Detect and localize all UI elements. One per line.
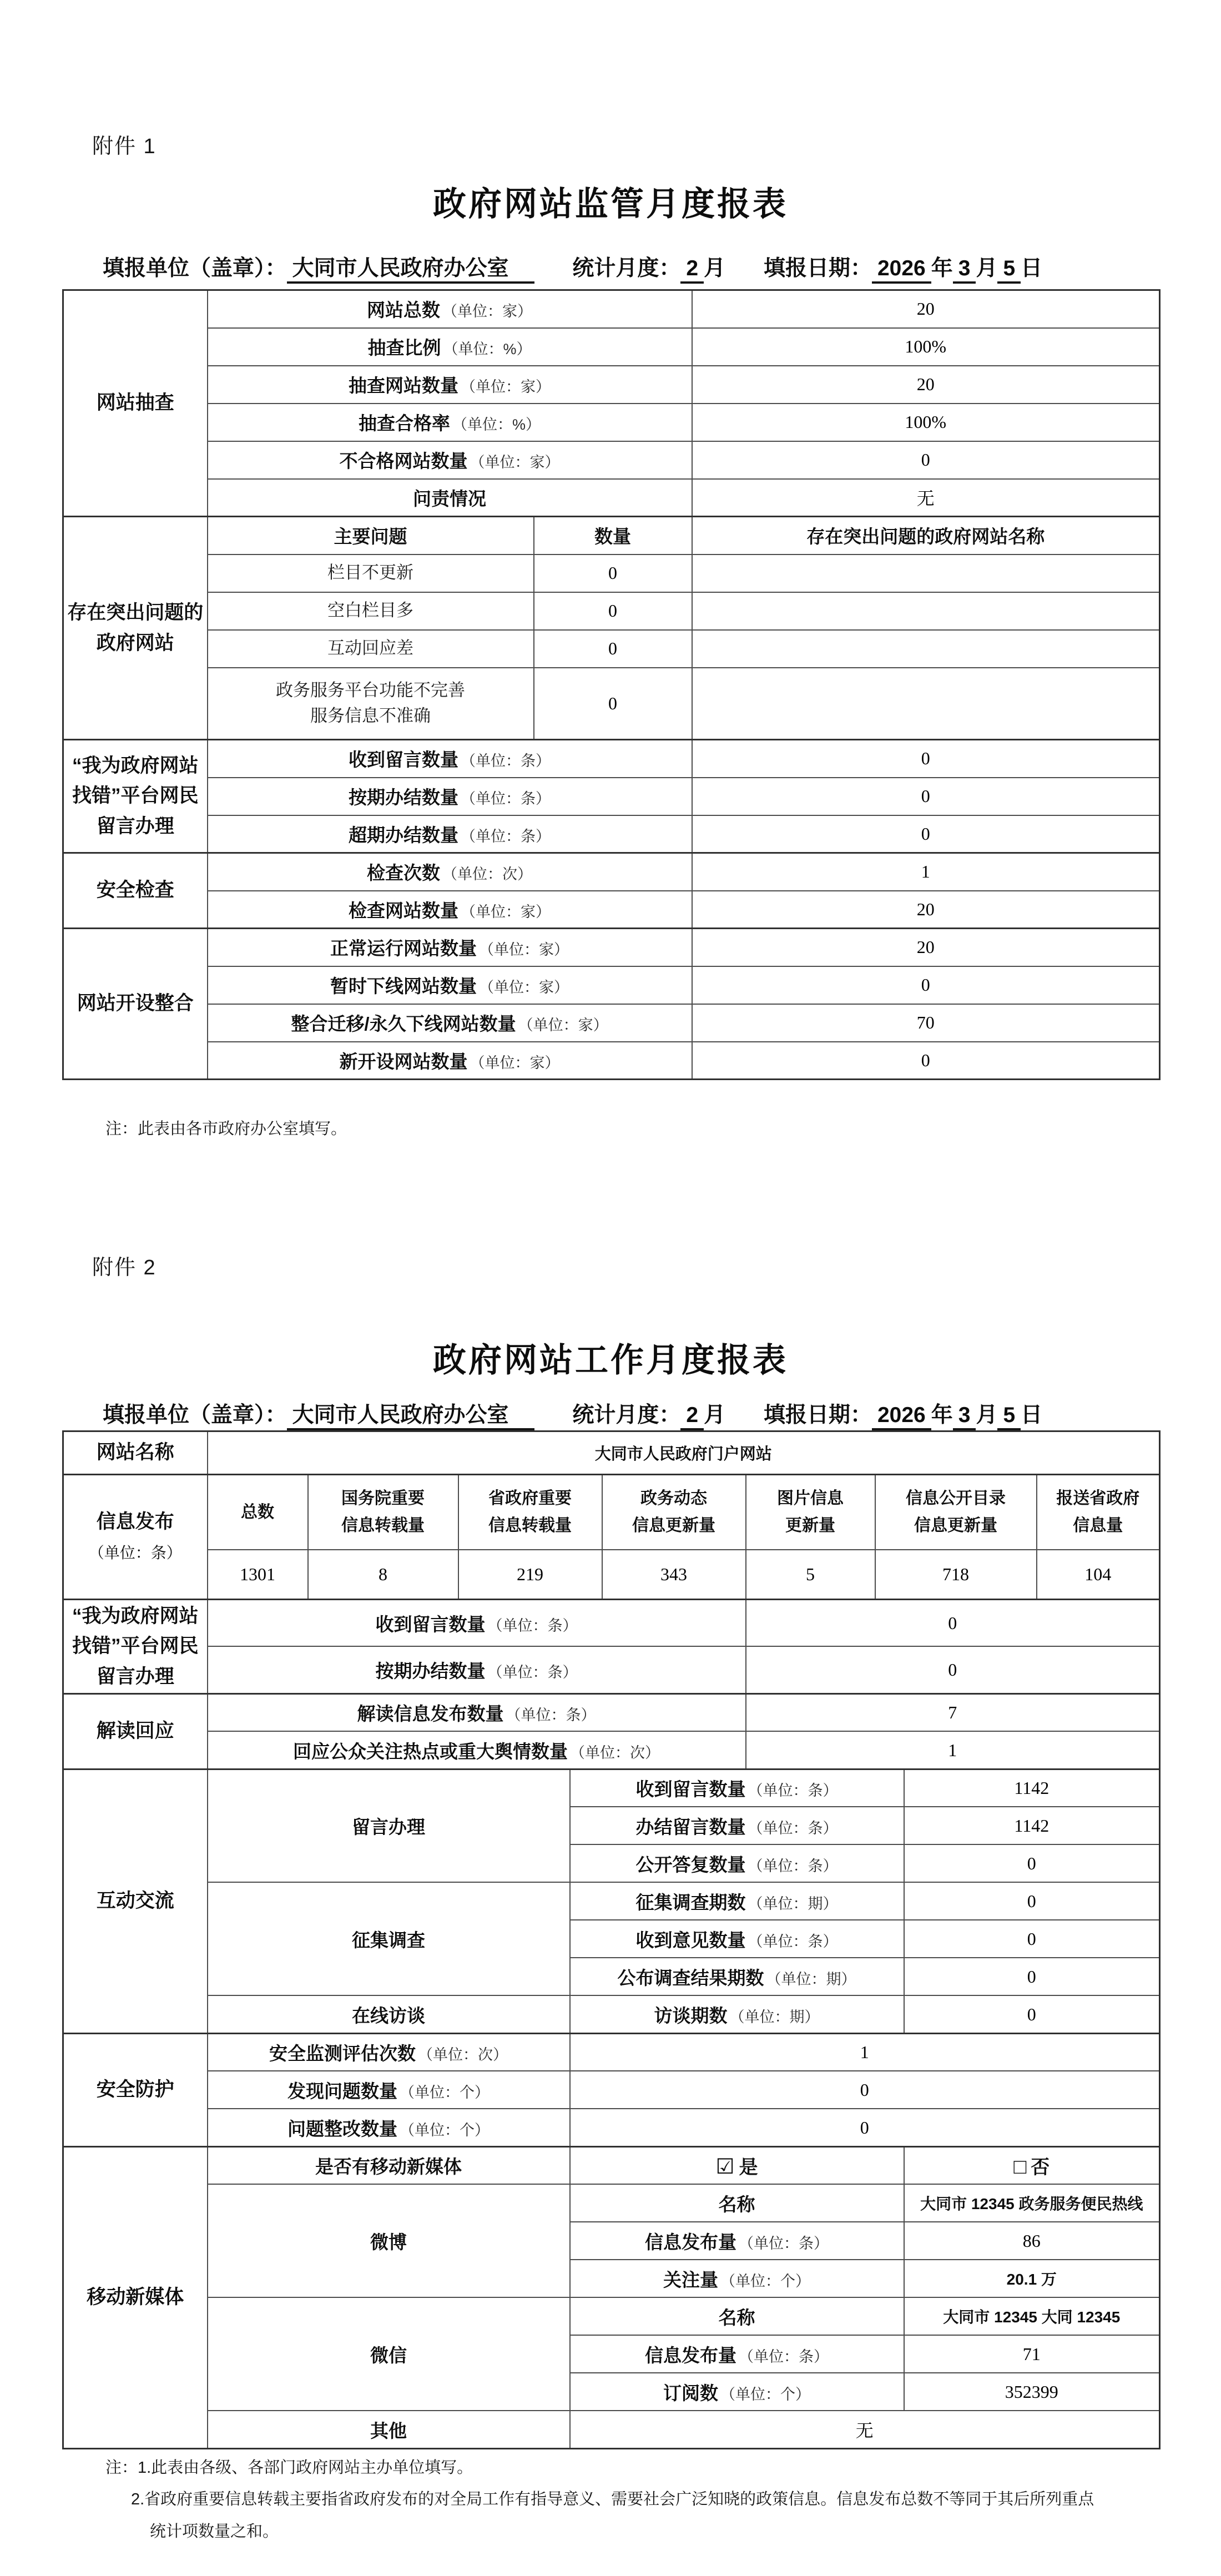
metric-label: 正常运行网站数量 <box>330 938 477 959</box>
has-mobile-media-label: 是否有移动新媒体 <box>208 2146 570 2184</box>
info-col-header: 省政府重要信息转载量 <box>458 1475 602 1550</box>
metric-unit: （单位：次） <box>570 1745 660 1761</box>
month-word: 月 <box>704 1403 725 1427</box>
col-header-problem: 主要问题 <box>208 517 534 554</box>
report-date-year: 2026 <box>872 256 931 284</box>
metric-value: 0 <box>692 441 1160 479</box>
stat-month-label: 统计月度： <box>572 1403 680 1427</box>
col-header-count: 数量 <box>534 517 692 554</box>
info-value-total: 1301 <box>208 1550 308 1600</box>
problem-site-name <box>692 668 1160 740</box>
category-site-name: 网站名称 <box>63 1431 208 1475</box>
metric-cell: 安全监测评估次数（单位：次） <box>208 2033 570 2071</box>
table-row: 1301 8 219 343 5 718 104 <box>63 1550 1160 1600</box>
metric-value: 1 <box>692 853 1160 891</box>
table-row: 问题整改数量（单位：个） 0 <box>63 2109 1160 2146</box>
unit-label: 填报单位（盖章）： <box>103 256 287 280</box>
metric-cell: 名称 <box>570 2297 904 2335</box>
metric-cell: 征集调查期数（单位：期） <box>570 1882 904 1920</box>
info-col-header: 政务动态信息更新量 <box>602 1475 746 1550</box>
no-label: 否 <box>1031 2157 1050 2178</box>
yes-label: 是 <box>739 2157 758 2178</box>
problem-line1: 政务服务平台功能不完善 <box>276 680 465 700</box>
report-date-month: 3 <box>953 1403 976 1430</box>
table-row: 检查网站数量（单位：家） 20 <box>63 891 1160 929</box>
metric-cell: 信息发布量（单位：条） <box>570 2335 904 2373</box>
metric-value: 20 <box>692 891 1160 929</box>
metric-cell: 问题整改数量（单位：个） <box>208 2109 570 2146</box>
metric-value: 1 <box>570 2033 1160 2071</box>
metric-label: 整合迁移/永久下线网站数量 <box>291 1014 516 1034</box>
metric-unit: （单位：条） <box>488 1664 578 1681</box>
table-row: 抽查合格率（单位：%） 100% <box>63 404 1160 441</box>
metric-label: 检查网站数量 <box>349 900 458 921</box>
note-line: 2.省政府重要信息转载主要指省政府发布的对全局工作有指导意义、需要社会广泛知晓的… <box>105 2484 1171 2515</box>
metric-label: 解读信息发布数量 <box>357 1703 504 1724</box>
checkbox-no: □否 <box>904 2146 1160 2184</box>
metric-unit: （单位：家） <box>479 941 569 958</box>
metric-cell: 公布调查结果期数（单位：期） <box>570 1958 904 1995</box>
report1-title: 政府网站监管月度报表 <box>0 178 1221 225</box>
metric-value: 0 <box>746 1600 1160 1647</box>
metric-unit: （单位：个） <box>400 2084 490 2101</box>
table1-note: 注：此表由各市政府办公室填写。 <box>105 1113 347 1145</box>
metric-cell: 关注量（单位：个） <box>570 2260 904 2297</box>
metric-cell: 订阅数（单位：个） <box>570 2373 904 2411</box>
table-row: 信息发布（单位：条） 总数 国务院重要信息转载量 省政府重要信息转载量 政务动态… <box>63 1475 1160 1550</box>
problem-label: 栏目不更新 <box>208 554 534 592</box>
metric-label: 暂时下线网站数量 <box>330 976 477 996</box>
metric-cell: 回应公众关注热点或重大舆情数量（单位：次） <box>208 1731 746 1769</box>
metric-unit: （单位：条） <box>739 2348 829 2365</box>
metric-unit: （单位：条） <box>748 1858 838 1874</box>
metric-label: 名称 <box>719 2307 755 2328</box>
problem-site-name <box>692 630 1160 668</box>
metric-cell: 超期办结数量（单位：条） <box>208 815 692 853</box>
day-word: 日 <box>1021 256 1042 280</box>
metric-value: 0 <box>570 2109 1160 2146</box>
month-word: 月 <box>704 256 725 280</box>
metric-label: 回应公众关注热点或重大舆情数量 <box>293 1741 568 1762</box>
category-error-platform: “我为政府网站找错”平台网民留言办理 <box>63 1600 208 1694</box>
metric-label: 发现问题数量 <box>287 2081 397 2101</box>
metric-unit: （单位：次） <box>442 866 532 883</box>
report-page: 附件 1 政府网站监管月度报表 填报单位（盖章）：大同市人民政府办公室 统计月度… <box>0 0 1221 2576</box>
report2-title: 政府网站工作月度报表 <box>0 1334 1221 1382</box>
metric-label: 收到意见数量 <box>636 1930 746 1950</box>
problem-count: 0 <box>534 592 692 630</box>
problem-site-name <box>692 592 1160 630</box>
wechat-account-name: 大同市 12345 大同 12345 <box>904 2297 1160 2335</box>
table-row: 存在突出问题的政府网站 主要问题 数量 存在突出问题的政府网站名称 <box>63 517 1160 554</box>
month-word: 月 <box>976 256 997 280</box>
table-row: 不合格网站数量（单位：家） 0 <box>63 441 1160 479</box>
table-row: 网站名称 大同市人民政府门户网站 <box>63 1431 1160 1475</box>
problem-label: 互动回应差 <box>208 630 534 668</box>
metric-label: 订阅数 <box>663 2383 718 2403</box>
metric-value: 0 <box>904 1882 1160 1920</box>
info-col-header: 图片信息更新量 <box>746 1475 875 1550</box>
metric-value: 20 <box>692 290 1160 328</box>
metric-unit: （单位：条） <box>488 1617 578 1634</box>
metric-label: 公布调查结果期数 <box>618 1968 764 1988</box>
metric-unit: （单位：家） <box>470 454 560 471</box>
metric-label: 抽查网站数量 <box>349 375 458 396</box>
metric-value: 0 <box>692 1042 1160 1080</box>
checked-box-icon: ☑ <box>715 2155 734 2179</box>
note-line: 注：1.此表由各级、各部门政府网站主办单位填写。 <box>105 2452 1171 2484</box>
col-header-site-name: 存在突出问题的政府网站名称 <box>692 517 1160 554</box>
info-col-header: 国务院重要信息转载量 <box>308 1475 458 1550</box>
stat-month-label: 统计月度： <box>572 256 680 280</box>
metric-label: 超期办结数量 <box>349 825 458 845</box>
info-col-header: 信息公开目录信息更新量 <box>875 1475 1037 1550</box>
table-row: 暂时下线网站数量（单位：家） 0 <box>63 966 1160 1004</box>
note-line: 统计项数量之和。 <box>105 2516 1171 2548</box>
subcategory-wechat: 微信 <box>208 2297 570 2411</box>
metric-value: 20 <box>692 929 1160 966</box>
attachment1-tag: 附件 1 <box>92 129 157 159</box>
subcategory-online-interview: 在线访谈 <box>208 1995 570 2033</box>
info-value-province: 219 <box>458 1550 602 1600</box>
weibo-followers-value: 20.1 万 <box>904 2260 1160 2297</box>
metric-cell: 检查次数（单位：次） <box>208 853 692 891</box>
category-error-platform: “我为政府网站找错”平台网民留言办理 <box>63 740 208 853</box>
metric-unit: （单位：家） <box>479 979 569 996</box>
table-row: 移动新媒体 是否有移动新媒体 ☑是 □否 <box>63 2146 1160 2184</box>
metric-value: 0 <box>692 815 1160 853</box>
unit-value: 大同市人民政府办公室 <box>287 256 534 284</box>
table-row: 栏目不更新 0 <box>63 554 1160 592</box>
attachment2-tag: 附件 2 <box>92 1250 157 1281</box>
supervision-table: 网站抽查 网站总数（单位：家） 20 抽查比例（单位：%） 100% 抽查网站数… <box>62 289 1161 1080</box>
metric-value: 86 <box>904 2222 1160 2260</box>
metric-label: 问题整改数量 <box>287 2119 397 2139</box>
site-name-value: 大同市人民政府门户网站 <box>208 1431 1160 1475</box>
metric-unit: （单位：条） <box>461 753 551 769</box>
category-unit: （单位：条） <box>89 1544 182 1561</box>
stat-month-value: 2 <box>680 1403 704 1430</box>
unit-value: 大同市人民政府办公室 <box>287 1403 534 1430</box>
metric-cell: 检查网站数量（单位：家） <box>208 891 692 929</box>
table-row: 整合迁移/永久下线网站数量（单位：家） 70 <box>63 1004 1160 1042</box>
metric-cell: 公开答复数量（单位：条） <box>570 1844 904 1882</box>
metric-cell: 整合迁移/永久下线网站数量（单位：家） <box>208 1004 692 1042</box>
category-interaction: 互动交流 <box>63 1769 208 2033</box>
metric-unit: （单位：个） <box>720 2386 810 2403</box>
metric-label: 按期办结数量 <box>376 1661 486 1681</box>
metric-cell: 信息发布量（单位：条） <box>570 2222 904 2260</box>
metric-label: 办结留言数量 <box>636 1817 746 1837</box>
metric-value: 0 <box>692 966 1160 1004</box>
metric-value: 0 <box>904 1958 1160 1995</box>
metric-cell: 按期办结数量（单位：条） <box>208 1646 746 1693</box>
table-row: 其他 无 <box>63 2411 1160 2448</box>
report-date-month: 3 <box>953 256 976 284</box>
metric-label: 收到留言数量 <box>376 1614 486 1635</box>
metric-value: 70 <box>692 1004 1160 1042</box>
problem-count: 0 <box>534 668 692 740</box>
metric-unit: （单位：条） <box>739 2235 829 2252</box>
work-table: 网站名称 大同市人民政府门户网站 信息发布（单位：条） 总数 国务院重要信息转载… <box>62 1430 1161 2449</box>
table-row: 政务服务平台功能不完善服务信息不准确 0 <box>63 668 1160 740</box>
metric-cell: 名称 <box>570 2184 904 2222</box>
metric-value: 20 <box>692 366 1160 404</box>
unit-label: 填报单位（盖章）： <box>103 1403 287 1427</box>
category-mobile-media: 移动新媒体 <box>63 2146 208 2448</box>
metric-label: 信息发布量 <box>645 2345 736 2366</box>
weibo-account-name: 大同市 12345 政务服务便民热线 <box>904 2184 1160 2222</box>
metric-value: 100% <box>692 404 1160 441</box>
metric-label: 问责情况 <box>413 488 486 509</box>
table-row: 安全防护 安全监测评估次数（单位：次） 1 <box>63 2033 1160 2071</box>
metric-label: 不合格网站数量 <box>340 451 468 471</box>
table-row: 安全检查 检查次数（单位：次） 1 <box>63 853 1160 891</box>
metric-value: 0 <box>904 1995 1160 2033</box>
metric-label: 征集调查期数 <box>636 1892 746 1913</box>
metric-cell: 收到意见数量（单位：条） <box>570 1920 904 1958</box>
metric-value: 0 <box>692 778 1160 815</box>
table2-notes: 注：1.此表由各级、各部门政府网站主办单位填写。 2.省政府重要信息转载主要指省… <box>105 2452 1171 2548</box>
metric-cell: 暂时下线网站数量（单位：家） <box>208 966 692 1004</box>
other-value: 无 <box>570 2411 1160 2448</box>
metric-cell: 新开设网站数量（单位：家） <box>208 1042 692 1080</box>
report-date-day: 5 <box>997 1403 1021 1430</box>
info-value-catalog: 718 <box>875 1550 1037 1600</box>
info-value-submitted: 104 <box>1037 1550 1160 1600</box>
problem-site-name <box>692 554 1160 592</box>
problem-count: 0 <box>534 554 692 592</box>
metric-unit: （单位：条） <box>748 1820 838 1837</box>
metric-label: 抽查合格率 <box>359 413 450 433</box>
year-word: 年 <box>931 256 953 280</box>
day-word: 日 <box>1021 1403 1042 1427</box>
metric-value: 0 <box>692 740 1160 778</box>
checkbox-yes: ☑是 <box>570 2146 904 2184</box>
category-security-protection: 安全防护 <box>63 2033 208 2146</box>
subcategory-survey: 征集调查 <box>208 1882 570 1995</box>
report-date-day: 5 <box>997 256 1021 284</box>
info-value-statecouncil: 8 <box>308 1550 458 1600</box>
metric-label: 信息发布量 <box>645 2232 736 2252</box>
metric-cell: 办结留言数量（单位：条） <box>570 1807 904 1844</box>
metric-label: 收到留言数量 <box>349 749 458 770</box>
table-row: 互动交流 留言办理 收到留言数量（单位：条） 1142 <box>63 1769 1160 1807</box>
info-col-header: 报送省政府信息量 <box>1037 1475 1160 1550</box>
table-row: 超期办结数量（单位：条） 0 <box>63 815 1160 853</box>
metric-cell: 收到留言数量（单位：条） <box>570 1769 904 1807</box>
metric-label: 网站总数 <box>367 300 440 320</box>
metric-unit: （单位：期） <box>748 1896 838 1912</box>
metric-cell: 抽查合格率（单位：%） <box>208 404 692 441</box>
metric-cell: 不合格网站数量（单位：家） <box>208 441 692 479</box>
table-row: 按期办结数量（单位：条） 0 <box>63 1646 1160 1693</box>
metric-label: 抽查比例 <box>367 337 441 358</box>
metric-label: 检查次数 <box>367 863 440 883</box>
unchecked-box-icon: □ <box>1013 2155 1026 2179</box>
metric-value: 1142 <box>904 1769 1160 1807</box>
metric-value: 1142 <box>904 1807 1160 1844</box>
metric-unit: （单位：%） <box>443 341 531 357</box>
table-row: 互动回应差 0 <box>63 630 1160 668</box>
metric-unit: （单位：家） <box>461 379 551 395</box>
metric-label: 按期办结数量 <box>349 787 458 808</box>
metric-unit: （单位：期） <box>730 2009 820 2025</box>
form-header-1: 填报单位（盖章）：大同市人民政府办公室 统计月度：2月 填报日期：2026年3月… <box>103 251 1042 282</box>
metric-unit: （单位：个） <box>720 2273 810 2290</box>
table-row: 微信 名称 大同市 12345 大同 12345 <box>63 2297 1160 2335</box>
metric-cell: 收到留言数量（单位：条） <box>208 740 692 778</box>
year-word: 年 <box>931 1403 953 1427</box>
table-row: 抽查比例（单位：%） 100% <box>63 328 1160 366</box>
category-security-check: 安全检查 <box>63 853 208 929</box>
table-row: 发现问题数量（单位：个） 0 <box>63 2071 1160 2109</box>
table-row: “我为政府网站找错”平台网民留言办理 收到留言数量（单位：条） 0 <box>63 1600 1160 1647</box>
table-row: 新开设网站数量（单位：家） 0 <box>63 1042 1160 1080</box>
metric-unit: （单位：条） <box>748 1933 838 1950</box>
subcategory-message-handling: 留言办理 <box>208 1769 570 1882</box>
subcategory-other: 其他 <box>208 2411 570 2448</box>
metric-cell: 抽查网站数量（单位：家） <box>208 366 692 404</box>
table-row: 空白栏目多 0 <box>63 592 1160 630</box>
metric-unit: （单位：条） <box>461 828 551 845</box>
metric-label: 关注量 <box>663 2270 718 2290</box>
metric-cell: 收到留言数量（单位：条） <box>208 1600 746 1647</box>
metric-unit: （单位：条） <box>461 790 551 807</box>
metric-value: 0 <box>570 2071 1160 2109</box>
table-row: 征集调查 征集调查期数（单位：期） 0 <box>63 1882 1160 1920</box>
subcategory-weibo: 微博 <box>208 2184 570 2297</box>
info-value-dynamics: 343 <box>602 1550 746 1600</box>
metric-unit: （单位：期） <box>766 1971 856 1988</box>
table-row: 解读回应 解读信息发布数量（单位：条） 7 <box>63 1693 1160 1731</box>
metric-value: 0 <box>904 1844 1160 1882</box>
metric-cell: 发现问题数量（单位：个） <box>208 2071 570 2109</box>
problem-label: 政务服务平台功能不完善服务信息不准确 <box>208 668 534 740</box>
metric-cell: 网站总数（单位：家） <box>208 290 692 328</box>
metric-value: 352399 <box>904 2373 1160 2411</box>
metric-value: 100% <box>692 328 1160 366</box>
category-site-check: 网站抽查 <box>63 290 208 517</box>
form-header-2: 填报单位（盖章）：大同市人民政府办公室 统计月度：2月 填报日期：2026年3月… <box>103 1398 1042 1429</box>
table-row: 抽查网站数量（单位：家） 20 <box>63 366 1160 404</box>
metric-cell: 解读信息发布数量（单位：条） <box>208 1693 746 1731</box>
problem-count: 0 <box>534 630 692 668</box>
info-value-photos: 5 <box>746 1550 875 1600</box>
table-row: “我为政府网站找错”平台网民留言办理 收到留言数量（单位：条） 0 <box>63 740 1160 778</box>
table-row: 问责情况 无 <box>63 479 1160 517</box>
report-date-label: 填报日期： <box>764 256 872 280</box>
metric-cell: 抽查比例（单位：%） <box>208 328 692 366</box>
category-problem-sites: 存在突出问题的政府网站 <box>63 517 208 740</box>
metric-value: 无 <box>692 479 1160 517</box>
metric-label: 安全监测评估次数 <box>269 2043 416 2064</box>
report-date-year: 2026 <box>872 1403 931 1430</box>
metric-unit: （单位：次） <box>418 2046 508 2063</box>
info-col-header: 总数 <box>208 1475 308 1550</box>
month-word: 月 <box>976 1403 997 1427</box>
table-row: 微博 名称 大同市 12345 政务服务便民热线 <box>63 2184 1160 2222</box>
metric-unit: （单位：家） <box>518 1017 608 1034</box>
category-interpretation: 解读回应 <box>63 1693 208 1769</box>
metric-label: 公开答复数量 <box>636 1854 746 1875</box>
table-row: 网站开设整合 正常运行网站数量（单位：家） 20 <box>63 929 1160 966</box>
metric-unit: （单位：条） <box>506 1707 596 1723</box>
category-site-integration: 网站开设整合 <box>63 929 208 1080</box>
metric-unit: （单位：个） <box>400 2122 490 2139</box>
problem-label: 空白栏目多 <box>208 592 534 630</box>
metric-cell: 按期办结数量（单位：条） <box>208 778 692 815</box>
metric-cell: 正常运行网站数量（单位：家） <box>208 929 692 966</box>
metric-value: 71 <box>904 2335 1160 2373</box>
metric-value: 0 <box>746 1646 1160 1693</box>
table-row: 回应公众关注热点或重大舆情数量（单位：次） 1 <box>63 1731 1160 1769</box>
problem-line2: 服务信息不准确 <box>310 706 431 725</box>
table-row: 在线访谈 访谈期数（单位：期） 0 <box>63 1995 1160 2033</box>
metric-unit: （单位：条） <box>748 1782 838 1799</box>
category-info-publish: 信息发布（单位：条） <box>63 1475 208 1600</box>
report-date-label: 填报日期： <box>764 1403 872 1427</box>
table-row: 网站抽查 网站总数（单位：家） 20 <box>63 290 1160 328</box>
stat-month-value: 2 <box>680 256 704 284</box>
metric-value: 1 <box>746 1731 1160 1769</box>
metric-value: 0 <box>904 1920 1160 1958</box>
metric-unit: （单位：%） <box>452 416 541 433</box>
table-row: 按期办结数量（单位：条） 0 <box>63 778 1160 815</box>
metric-label: 名称 <box>719 2194 755 2215</box>
metric-label: 新开设网站数量 <box>340 1051 468 1072</box>
metric-unit: （单位：家） <box>442 303 532 320</box>
metric-unit: （单位：家） <box>470 1055 560 1071</box>
metric-label: 收到留言数量 <box>636 1779 746 1799</box>
category-label: 信息发布 <box>97 1511 174 1533</box>
metric-cell: 问责情况 <box>208 479 692 517</box>
metric-cell: 访谈期数（单位：期） <box>570 1995 904 2033</box>
metric-value: 7 <box>746 1693 1160 1731</box>
metric-label: 访谈期数 <box>654 2005 728 2026</box>
metric-unit: （单位：家） <box>461 904 551 920</box>
